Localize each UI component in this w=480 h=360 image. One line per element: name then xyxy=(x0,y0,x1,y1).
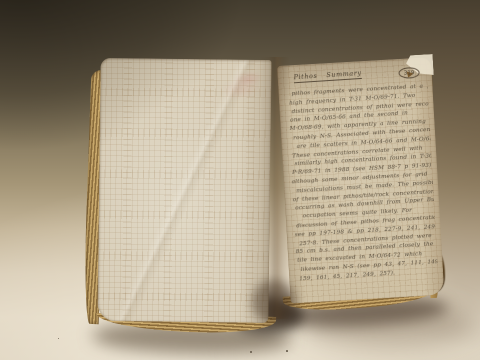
photo-vignette xyxy=(0,0,480,360)
notebook-photo: Pithos Summary 319 pithos fragments were… xyxy=(0,0,480,360)
photo-layer: Pithos Summary 319 pithos fragments were… xyxy=(0,0,480,360)
